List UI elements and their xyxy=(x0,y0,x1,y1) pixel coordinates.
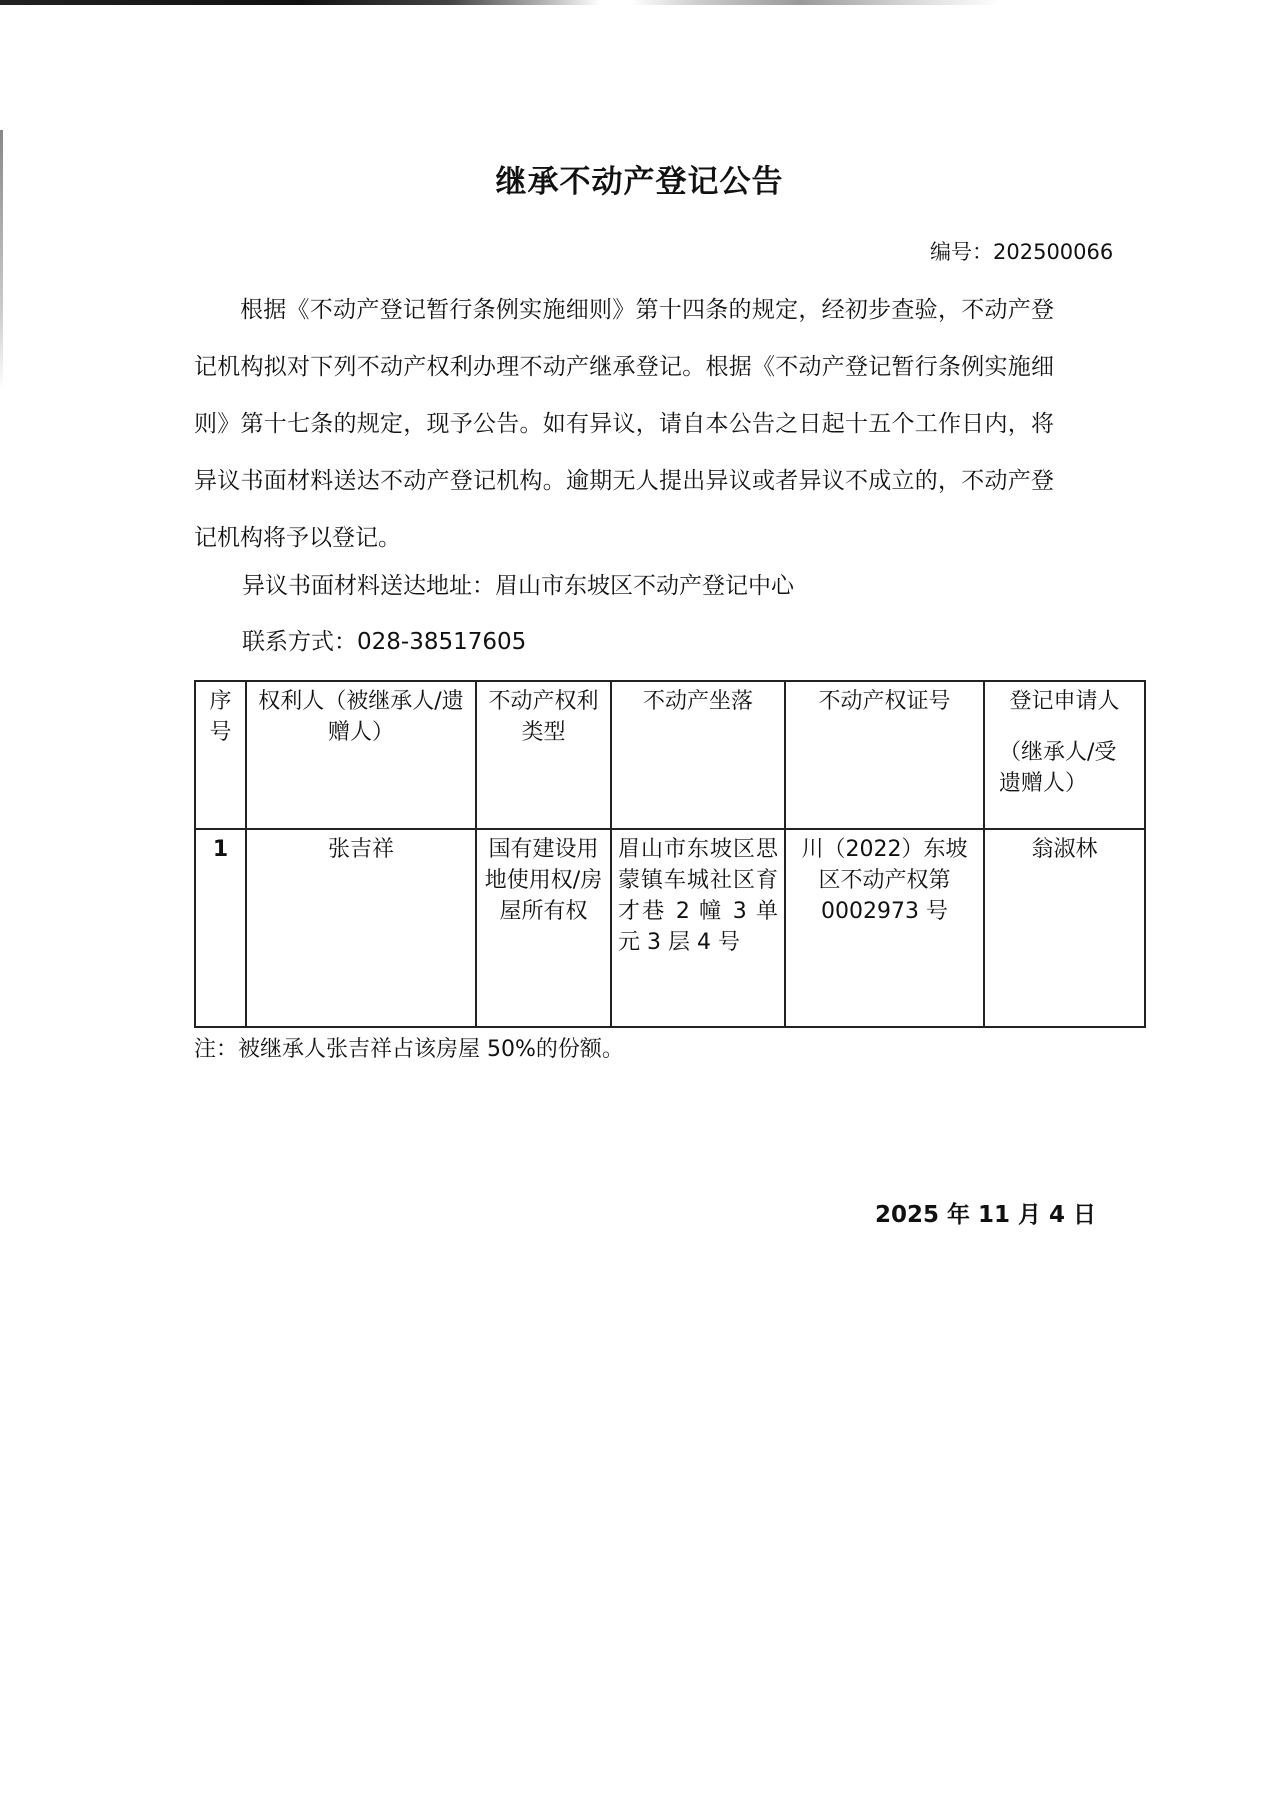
registration-table: 序号 权利人（被继承人/遗赠人） 不动产权利类型 不动产坐落 不动产权证号 登记… xyxy=(194,680,1146,1028)
header-seq: 序号 xyxy=(195,681,246,829)
table-header-row: 序号 权利人（被继承人/遗赠人） 不动产权利类型 不动产坐落 不动产权证号 登记… xyxy=(195,681,1145,829)
cell-holder: 张吉祥 xyxy=(246,829,476,1027)
cell-seq: 1 xyxy=(195,829,246,1027)
contact-info: 联系方式：028-38517605 xyxy=(242,623,526,656)
announcement-date: 2025 年 11 月 4 日 xyxy=(875,1196,1096,1229)
header-applicant: 登记申请人 （继承人/受遗赠人） xyxy=(984,681,1145,829)
cell-applicant: 翁淑林 xyxy=(984,829,1145,1027)
header-right-type: 不动产权利类型 xyxy=(476,681,611,829)
header-applicant-sub: （继承人/受遗赠人） xyxy=(991,737,1138,799)
header-location: 不动产坐落 xyxy=(611,681,785,829)
objection-address: 异议书面材料送达地址：眉山市东坡区不动产登记中心 xyxy=(242,567,794,600)
cell-location: 眉山市东坡区思蒙镇车城社区育才巷 2 幢 3 单元 3 层 4 号 xyxy=(611,829,785,1027)
document-title: 继承不动产登记公告 xyxy=(0,156,1279,201)
header-applicant-label: 登记申请人 xyxy=(1009,689,1119,714)
cell-right-type: 国有建设用地使用权/房屋所有权 xyxy=(476,829,611,1027)
document-number: 编号：202500066 xyxy=(930,236,1113,266)
table-note: 注：被继承人张吉祥占该房屋 50%的份额。 xyxy=(194,1032,624,1063)
cell-cert-no: 川（2022）东坡区不动产权第 0002973 号 xyxy=(785,829,984,1027)
announcement-body: 根据《不动产登记暂行条例实施细则》第十四条的规定，经初步查验，不动产登记机构拟对… xyxy=(194,282,1054,567)
table-row: 1 张吉祥 国有建设用地使用权/房屋所有权 眉山市东坡区思蒙镇车城社区育才巷 2… xyxy=(195,829,1145,1027)
header-holder: 权利人（被继承人/遗赠人） xyxy=(246,681,476,829)
header-cert-no: 不动产权证号 xyxy=(785,681,984,829)
scan-edge-top xyxy=(0,0,1000,5)
